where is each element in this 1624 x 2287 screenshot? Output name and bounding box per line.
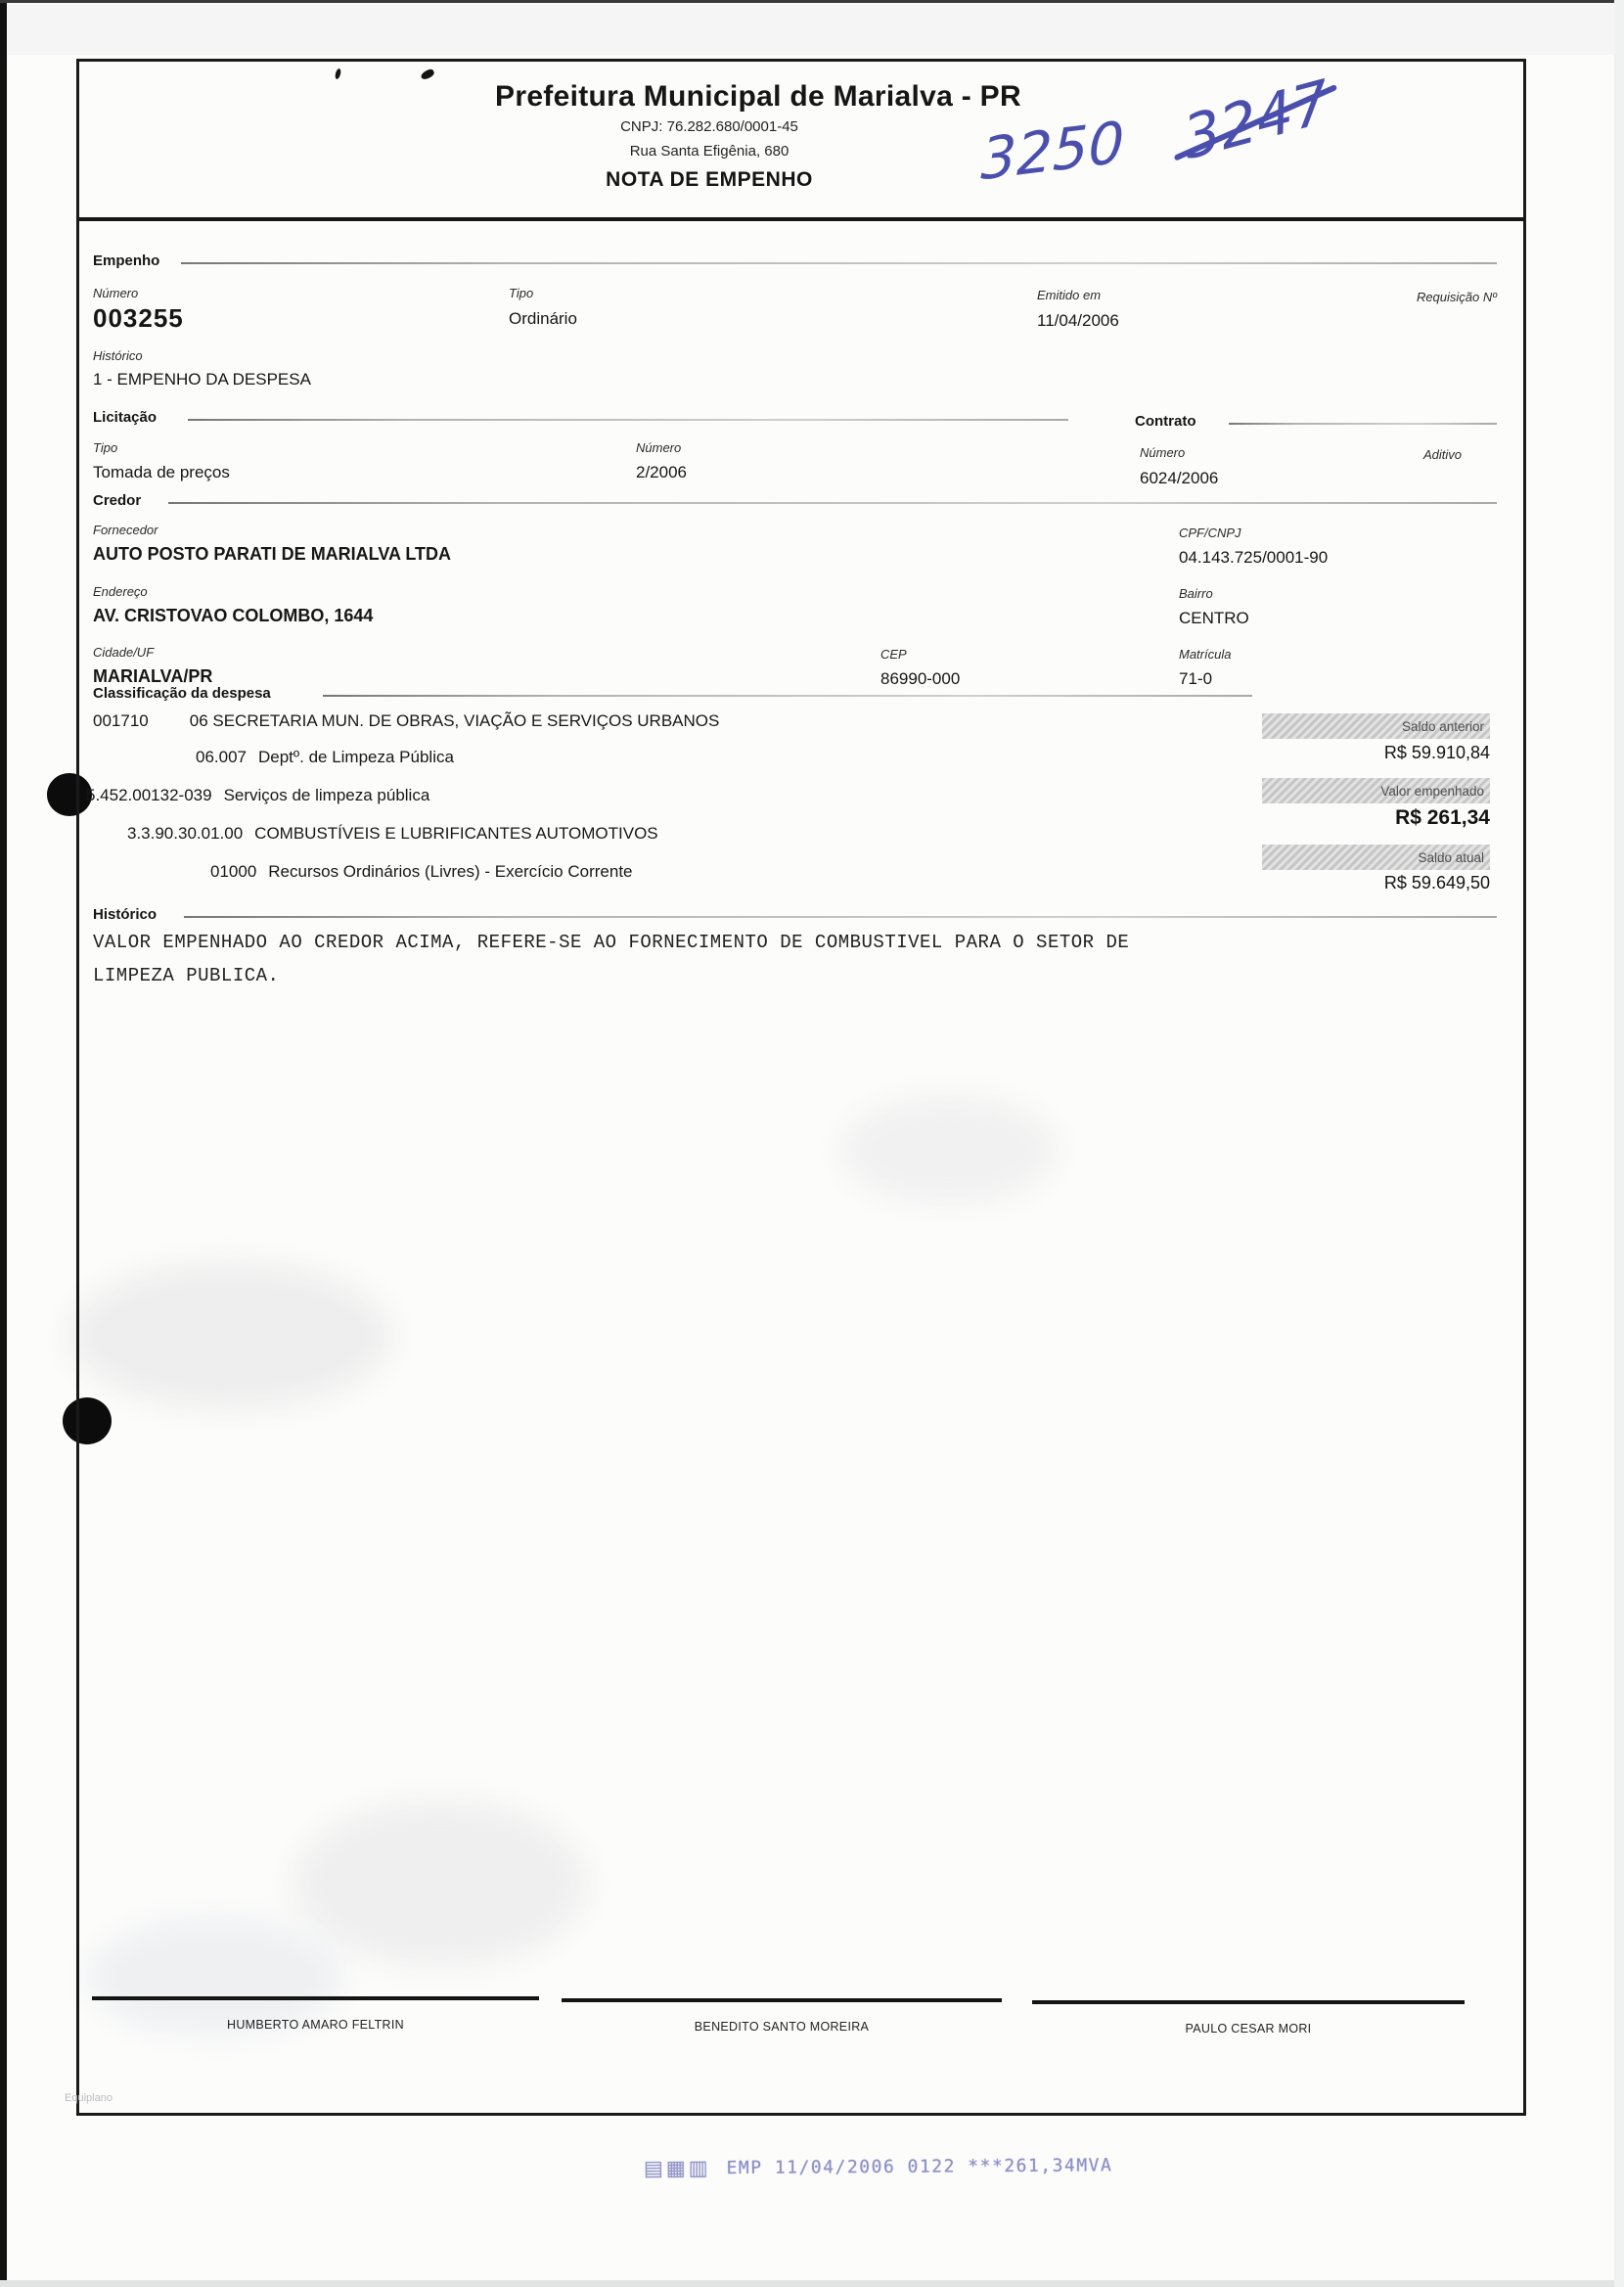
field-label-licitacao-tipo: Tipo	[93, 440, 117, 455]
field-value-historico: 1 - EMPENHO DA DESPESA	[93, 370, 311, 389]
signature-line	[92, 1996, 539, 2000]
scan-edge-bottom	[0, 2280, 1624, 2287]
stamp-logo-icon: ▤▦▥	[644, 2156, 711, 2180]
field-label-numero: Número	[93, 286, 138, 300]
field-label-cidade: Cidade/UF	[93, 645, 154, 660]
signature-line	[562, 1998, 1002, 2002]
field-label-emitido-em: Emitido em	[1037, 288, 1101, 302]
classification-code: 3.3.90.30.01.00	[127, 824, 243, 844]
section-rule	[181, 262, 1497, 264]
field-label-cep: CEP	[880, 647, 907, 662]
classification-text: Recursos Ordinários (Livres) - Exercício…	[268, 862, 632, 881]
field-label-matricula: Matrícula	[1179, 647, 1231, 662]
signature-name: BENEDITO SANTO MOREIRA	[562, 2020, 1002, 2034]
valor-empenhado-bar: Valor empenhado	[1262, 778, 1490, 803]
scan-edge-top	[0, 0, 1624, 3]
field-value-matricula: 71-0	[1179, 669, 1212, 689]
vendor-watermark: Equiplano	[65, 2092, 113, 2104]
field-value-endereco: AV. CRISTOVAO COLOMBO, 1644	[93, 606, 373, 626]
scan-shading	[8, 4, 1616, 55]
classification-text: Deptº. de Limpeza Pública	[258, 748, 454, 766]
field-value-numero: 003255	[93, 303, 184, 334]
classification-code: 001710	[93, 711, 149, 731]
field-label-licitacao-numero: Número	[636, 440, 681, 455]
field-value-cep: 86990-000	[880, 669, 960, 689]
saldo-anterior-label: Saldo anterior	[1402, 719, 1484, 734]
scan-edge-right	[1614, 0, 1624, 2287]
saldo-anterior-bar: Saldo anterior	[1262, 713, 1490, 739]
section-rule	[184, 916, 1497, 918]
field-label-historico: Histórico	[93, 348, 143, 363]
section-rule	[188, 419, 1068, 421]
classification-row: 00171006 SECRETARIA MUN. DE OBRAS, VIAÇÃ…	[93, 711, 719, 731]
scanned-document: Prefeitura Municipal de Marialva - PR CN…	[0, 0, 1624, 2287]
field-label-cpf-cnpj: CPF/CNPJ	[1179, 526, 1241, 540]
field-label-requisicao: Requisição Nº	[1360, 290, 1497, 304]
historico-text-line2: LIMPEZA PUBLICA.	[93, 965, 279, 986]
section-credor: Credor	[93, 492, 141, 509]
field-label-tipo: Tipo	[509, 286, 533, 300]
valor-empenhado-label: Valor empenhado	[1380, 784, 1484, 799]
validation-stamp: ▤▦▥ EMP 11/04/2006 0122 ***261,34MVA	[644, 2153, 1112, 2180]
saldo-atual-bar: Saldo atual	[1262, 845, 1490, 870]
classification-code: 06.007	[196, 748, 247, 767]
section-historico: Histórico	[93, 906, 157, 923]
field-value-contrato-numero: 6024/2006	[1140, 469, 1218, 488]
historico-text-line1: VALOR EMPENHADO AO CREDOR ACIMA, REFERE-…	[93, 932, 1129, 953]
field-label-aditivo: Aditivo	[1423, 447, 1462, 462]
valor-empenhado-value: R$ 261,34	[1252, 806, 1490, 830]
field-value-fornecedor: AUTO POSTO PARATI DE MARIALVA LTDA	[93, 544, 451, 565]
page-title: Prefeitura Municipal de Marialva - PR	[293, 80, 1223, 114]
classification-row: 06.007Deptº. de Limpeza Pública	[196, 748, 454, 767]
section-rule	[323, 695, 1252, 697]
field-value-licitacao-numero: 2/2006	[636, 463, 687, 482]
field-label-endereco: Endereço	[93, 584, 148, 599]
field-value-licitacao-tipo: Tomada de preços	[93, 463, 230, 482]
header-divider	[78, 217, 1523, 221]
section-licitacao: Licitação	[93, 409, 157, 426]
form-border	[76, 59, 1526, 2116]
field-value-emitido-em: 11/04/2006	[1037, 311, 1119, 331]
field-value-cidade: MARIALVA/PR	[93, 666, 212, 687]
classification-code: 5.452.00132-039	[86, 786, 212, 805]
classification-text: 06 SECRETARIA MUN. DE OBRAS, VIAÇÃO E SE…	[190, 711, 720, 730]
signature-name: PAULO CESAR MORI	[1032, 2022, 1465, 2035]
classification-row: 3.3.90.30.01.00COMBUSTÍVEIS E LUBRIFICAN…	[127, 824, 658, 844]
classification-text: Serviços de limpeza pública	[224, 786, 430, 804]
signature-name: HUMBERTO AMARO FELTRIN	[92, 2018, 539, 2032]
field-value-cpf-cnpj: 04.143.725/0001-90	[1179, 548, 1328, 568]
stamp-text: EMP 11/04/2006 0122 ***261,34MVA	[726, 2155, 1112, 2178]
scan-edge-left	[0, 0, 7, 2287]
section-empenho: Empenho	[93, 252, 159, 269]
section-classificacao: Classificação da despesa	[93, 685, 271, 702]
saldo-atual-value: R$ 59.649,50	[1252, 873, 1490, 893]
classification-text: COMBUSTÍVEIS E LUBRIFICANTES AUTOMOTIVOS	[254, 824, 657, 843]
saldo-anterior-value: R$ 59.910,84	[1252, 743, 1490, 763]
field-label-bairro: Bairro	[1179, 586, 1213, 601]
classification-row: 01000Recursos Ordinários (Livres) - Exer…	[210, 862, 633, 882]
section-rule	[168, 502, 1497, 504]
classification-row: 5.452.00132-039Serviços de limpeza públi…	[86, 786, 429, 805]
field-value-bairro: CENTRO	[1179, 609, 1249, 628]
section-rule	[1229, 423, 1497, 425]
field-value-tipo: Ordinário	[509, 309, 577, 329]
field-label-contrato-numero: Número	[1140, 445, 1185, 460]
signature-line	[1032, 2000, 1465, 2004]
classification-code: 01000	[210, 862, 256, 882]
saldo-atual-label: Saldo atual	[1418, 850, 1484, 865]
section-contrato: Contrato	[1135, 413, 1196, 430]
field-label-fornecedor: Fornecedor	[93, 523, 158, 537]
